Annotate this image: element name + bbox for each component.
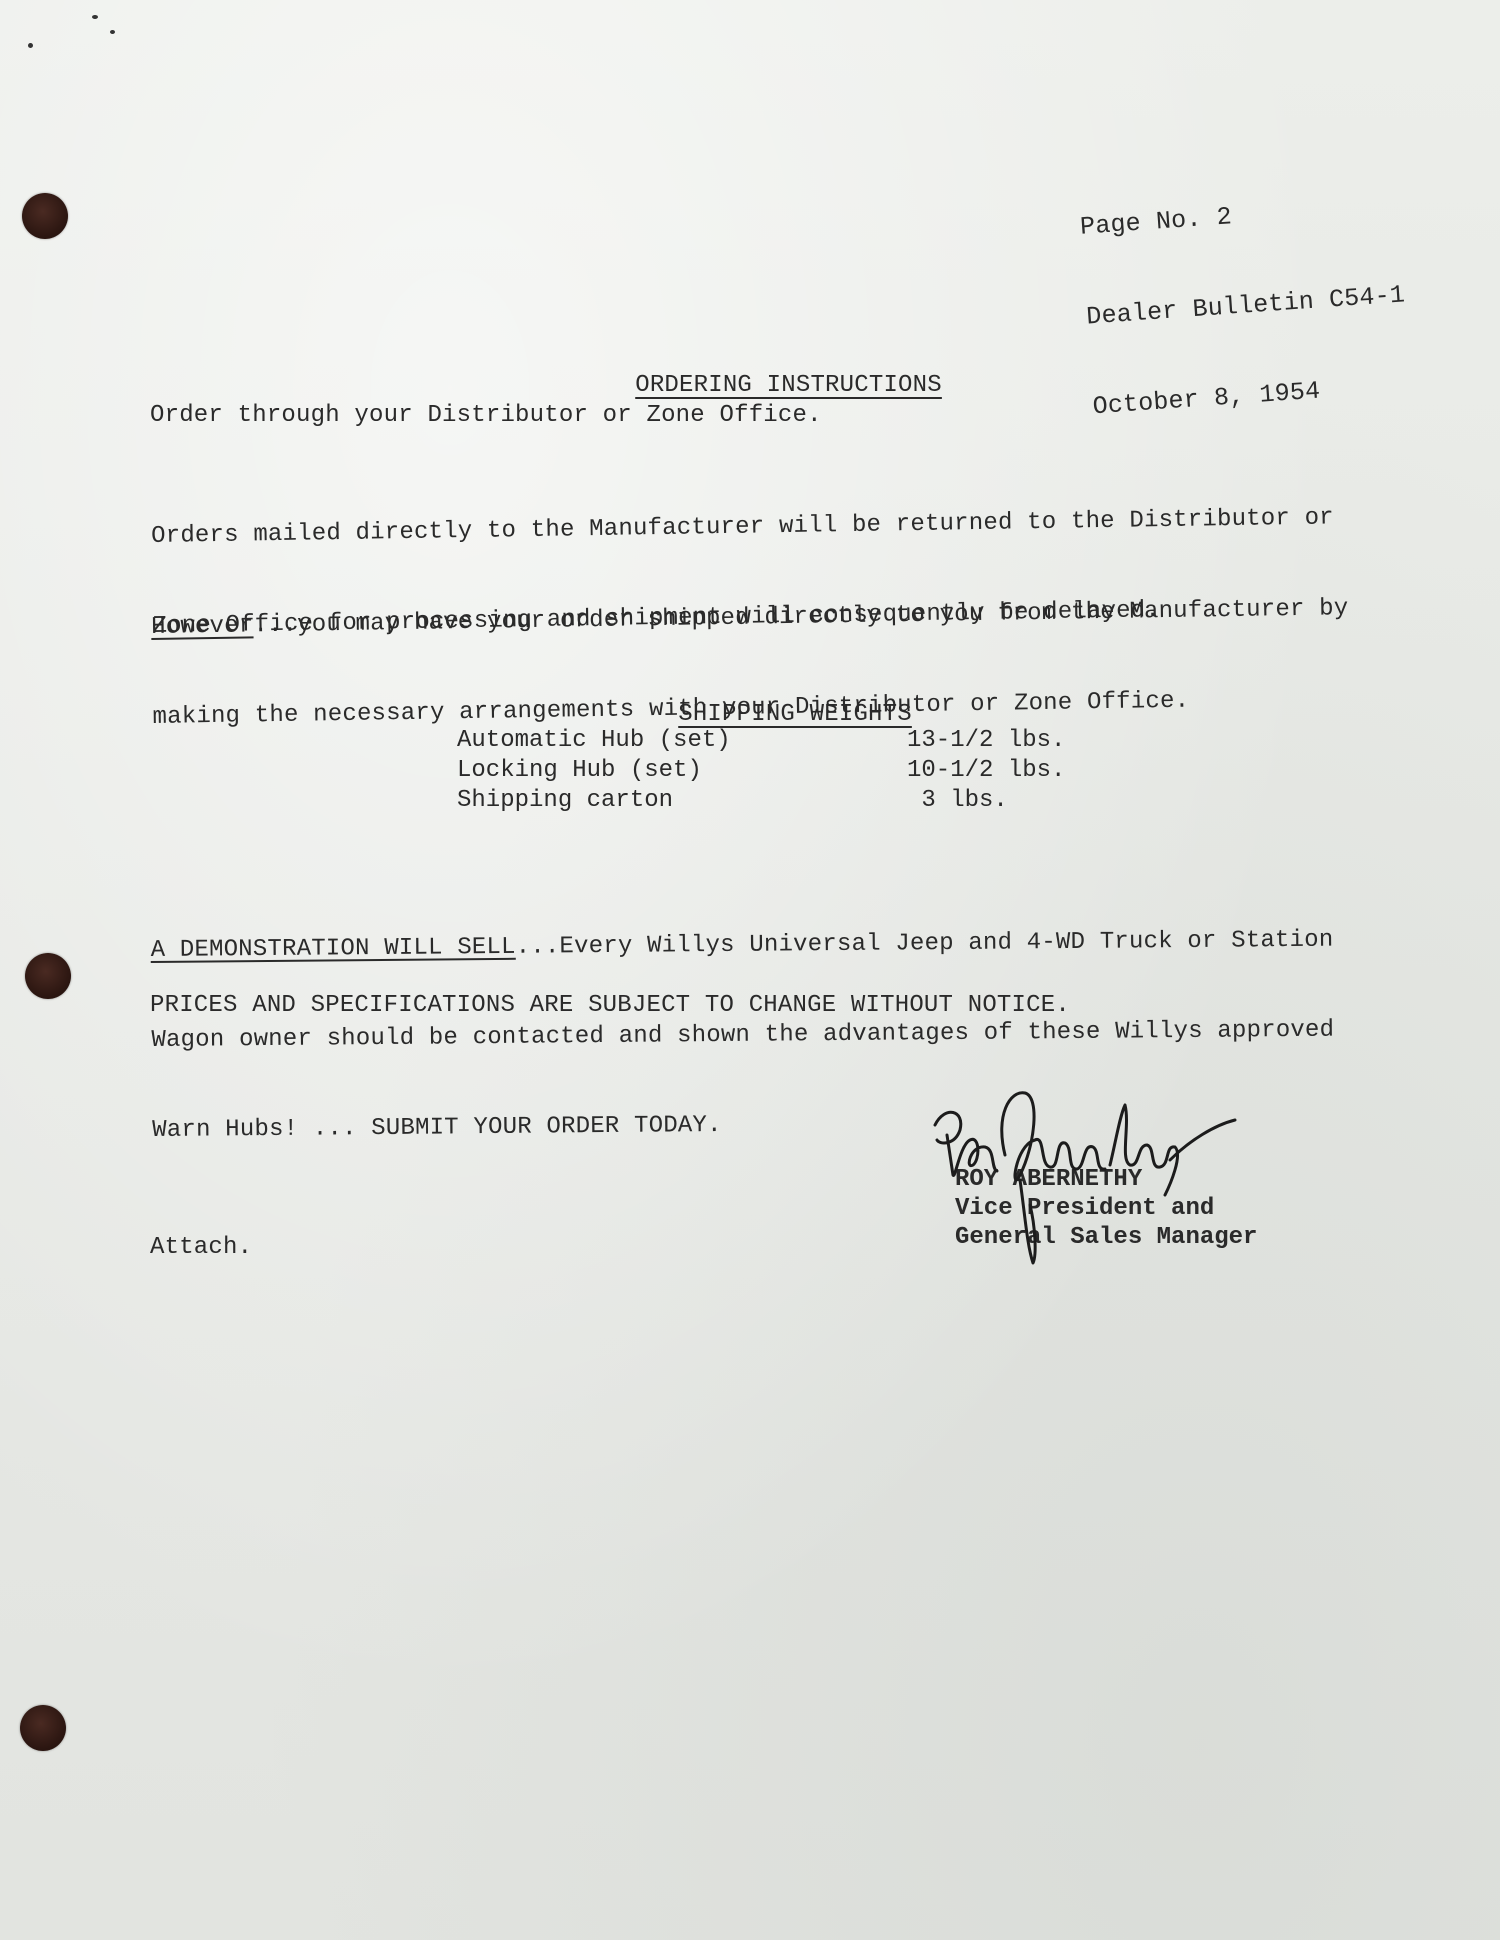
however-emphasis: However — [151, 612, 254, 641]
weight-value: 10-1/2 lbs. — [907, 756, 1065, 786]
punch-hole-middle — [25, 953, 71, 999]
weight-item: Locking Hub (set) — [457, 756, 907, 786]
weight-value: 13-1/2 lbs. — [907, 726, 1065, 756]
line-rest: ...Every Willys Universal Jeep and 4-WD … — [516, 927, 1334, 961]
weight-row: Automatic Hub (set) 13-1/2 lbs. — [457, 726, 1065, 756]
ordering-paragraph-1: Order through your Distributor or Zone O… — [150, 401, 1370, 431]
weight-value: 3 lbs. — [907, 786, 1008, 816]
attachment-note: Attach. — [150, 1233, 252, 1263]
weight-item: Shipping carton — [457, 786, 907, 816]
heading-text: ORDERING INSTRUCTIONS — [635, 372, 942, 399]
paper-speck — [28, 43, 33, 48]
shipping-weights-heading: SHIPPING WEIGHTS — [649, 670, 912, 730]
paragraph-line: A DEMONSTRATION WILL SELL...Every Willys… — [151, 925, 1371, 966]
demonstration-emphasis: A DEMONSTRATION WILL SELL — [151, 934, 516, 964]
paragraph-line: However...you may have your order shippe… — [151, 594, 1371, 643]
punch-hole-bottom — [20, 1705, 66, 1751]
paper-speck — [92, 15, 98, 19]
weight-item: Automatic Hub (set) — [457, 726, 907, 756]
weight-row: Shipping carton 3 lbs. — [457, 786, 1065, 816]
weight-row: Locking Hub (set) 10-1/2 lbs. — [457, 756, 1065, 786]
shipping-weights-table: Automatic Hub (set) 13-1/2 lbs. Locking … — [457, 726, 1065, 816]
paper-speck — [110, 30, 115, 34]
punch-hole-top — [22, 193, 68, 239]
bulletin-number: Dealer Bulletin C54-1 — [1085, 280, 1406, 332]
handwritten-signature — [925, 1085, 1245, 1270]
page-number: Page No. 2 — [1079, 191, 1400, 243]
line-rest: ...you may have your order shipped direc… — [253, 595, 1348, 639]
heading-text: SHIPPING WEIGHTS — [678, 701, 912, 728]
price-notice: PRICES AND SPECIFICATIONS ARE SUBJECT TO… — [150, 991, 1370, 1021]
paragraph-line: Wagon owner should be contacted and show… — [151, 1015, 1371, 1056]
ordering-instructions-heading: ORDERING INSTRUCTIONS — [606, 341, 942, 401]
